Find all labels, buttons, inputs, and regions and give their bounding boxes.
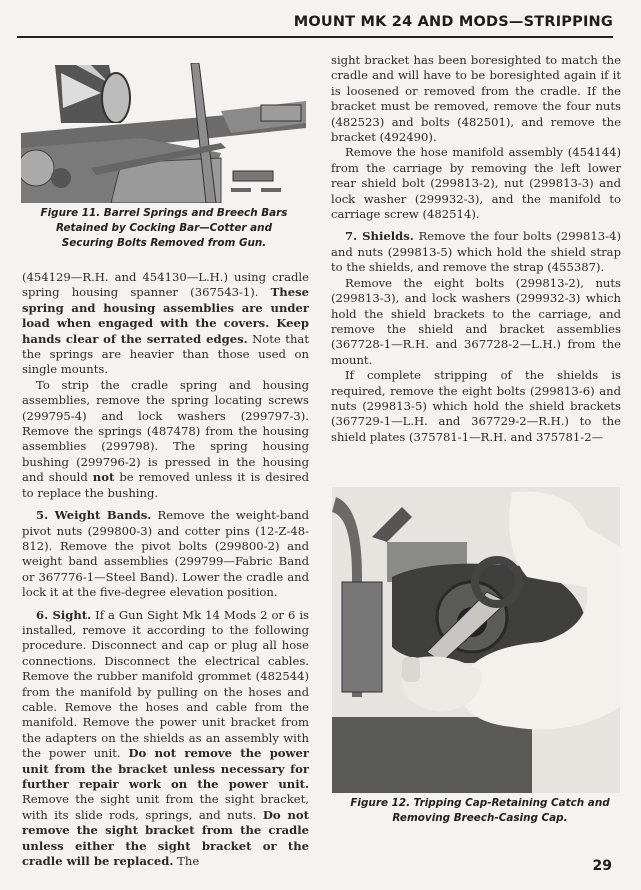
- figure-12-caption: Figure 12. Tripping Cap-Retaining Catch …: [332, 796, 628, 826]
- left-column: (454129—R.H. and 454130—L.H.) using crad…: [22, 270, 309, 869]
- page-header-title: MOUNT MK 24 AND MODS—STRIPPING: [294, 14, 613, 30]
- section-heading: 6. Sight.: [36, 608, 91, 622]
- figure-12-caption-line: Removing Breech-Casing Cap.: [332, 811, 628, 826]
- page-number: 29: [593, 858, 612, 874]
- figure-11-image: [21, 63, 307, 203]
- section-7-shields: 7. Shields. Remove the four bolts (29981…: [331, 229, 621, 275]
- figure-12-caption-line: Figure 12. Tripping Cap-Retaining Catch …: [332, 796, 628, 811]
- section-5-weight-bands: 5. Weight Bands. Remove the weight-band …: [22, 508, 309, 600]
- paragraph: Remove the hose manifold assembly (45414…: [331, 145, 621, 222]
- paragraph: Remove the eight bolts (299813-2), nuts …: [331, 276, 621, 368]
- text: To strip the cradle spring and housing a…: [22, 378, 309, 484]
- paragraph: To strip the cradle spring and housing a…: [22, 378, 309, 501]
- figure-11-caption: Figure 11. Barrel Springs and Breech Bar…: [14, 206, 314, 251]
- text: If a Gun Sight Mk 14 Mods 2 or 6 is inst…: [22, 608, 309, 761]
- right-column: sight bracket has been boresighted to ma…: [331, 53, 621, 445]
- gun-cradle-photo-icon: [21, 63, 307, 203]
- emphasis-text: not: [93, 470, 115, 484]
- section-heading: 7. Shields.: [345, 229, 414, 243]
- figure-11-caption-line: Retained by Cocking Bar—Cotter and: [14, 221, 314, 236]
- header-rule: [17, 36, 613, 38]
- figure-11-caption-line: Figure 11. Barrel Springs and Breech Bar…: [14, 206, 314, 221]
- figure-12-image: [332, 487, 620, 793]
- paragraph: (454129—R.H. and 454130—L.H.) using crad…: [22, 270, 309, 378]
- figure-11-caption-line: Securing Bolts Removed from Gun.: [14, 236, 314, 251]
- paragraph: sight bracket has been boresighted to ma…: [331, 53, 621, 145]
- section-6-sight: 6. Sight. If a Gun Sight Mk 14 Mods 2 or…: [22, 608, 309, 870]
- text: (454129—R.H. and 454130—L.H.) using crad…: [22, 270, 309, 299]
- paragraph: If complete stripping of the shields is …: [331, 368, 621, 445]
- section-heading: 5. Weight Bands.: [36, 508, 151, 522]
- breech-casing-photo-icon: [332, 487, 620, 793]
- text: The: [173, 854, 199, 868]
